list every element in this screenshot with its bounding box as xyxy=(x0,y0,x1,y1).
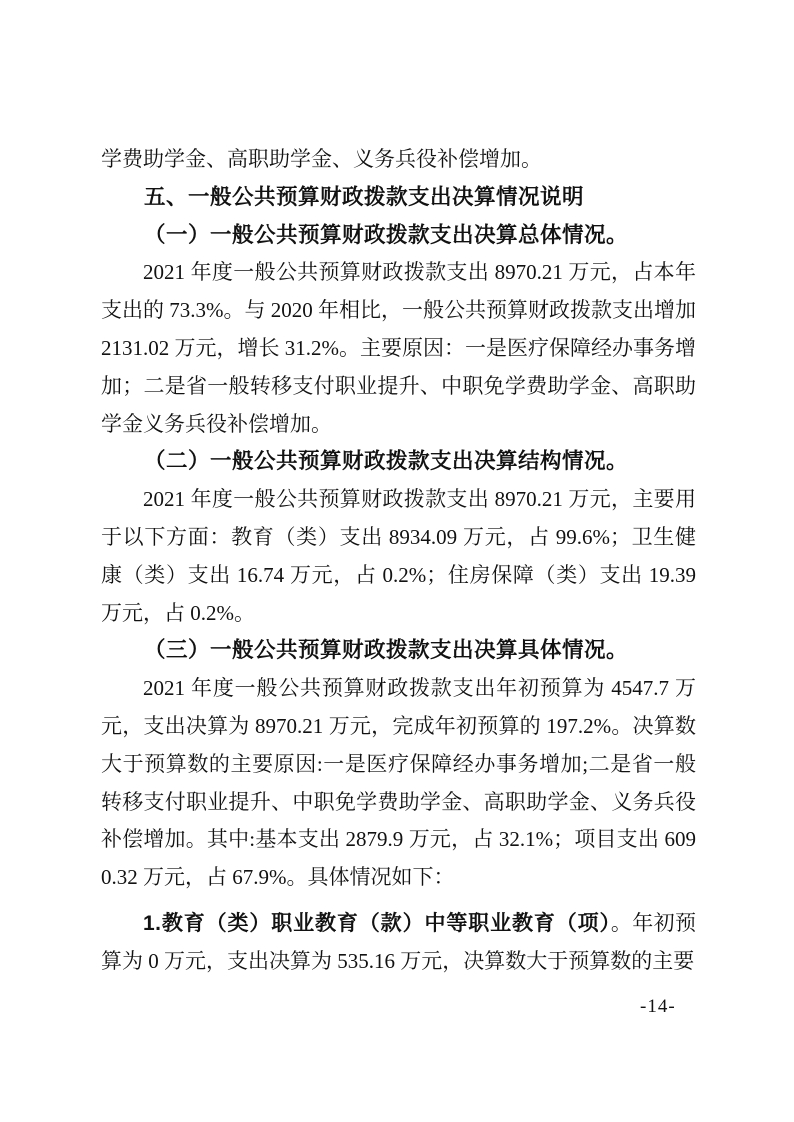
document-page: 学费助学金、高职助学金、义务兵役补偿增加。 五、一般公共预算财政拨款支出决算情况… xyxy=(0,0,794,1122)
subsection-heading-2: （二）一般公共预算财政拨款支出决算结构情况。 xyxy=(101,443,696,481)
page-number: -14- xyxy=(640,996,676,1018)
subsection-heading-3: （三）一般公共预算财政拨款支出决算具体情况。 xyxy=(101,632,696,670)
paragraph-overall-situation: 2021 年度一般公共预算财政拨款支出 8970.21 万元，占本年支出的 73… xyxy=(101,254,696,443)
paragraph-specific-situation: 2021 年度一般公共预算财政拨款支出年初预算为 4547.7 万元，支出决算为… xyxy=(101,670,696,897)
subsection-heading-1: （一）一般公共预算财政拨款支出决算总体情况。 xyxy=(101,217,696,255)
paragraph-structure-situation: 2021 年度一般公共预算财政拨款支出 8970.21 万元，主要用于以下方面：… xyxy=(101,481,696,632)
paragraph-item-1-education: 1.教育（类）职业教育（款）中等职业教育（项）。年初预算为 0 万元，支出决算为… xyxy=(101,905,696,981)
section-heading-5: 五、一般公共预算财政拨款支出决算情况说明 xyxy=(101,179,696,217)
page-body-text: 学费助学金、高职助学金、义务兵役补偿增加。 五、一般公共预算财政拨款支出决算情况… xyxy=(101,141,696,981)
paragraph-continued: 学费助学金、高职助学金、义务兵役补偿增加。 xyxy=(101,141,696,179)
item-1-bold-lead: 1.教育（类）职业教育（款）中等职业教育（项） xyxy=(143,912,611,935)
